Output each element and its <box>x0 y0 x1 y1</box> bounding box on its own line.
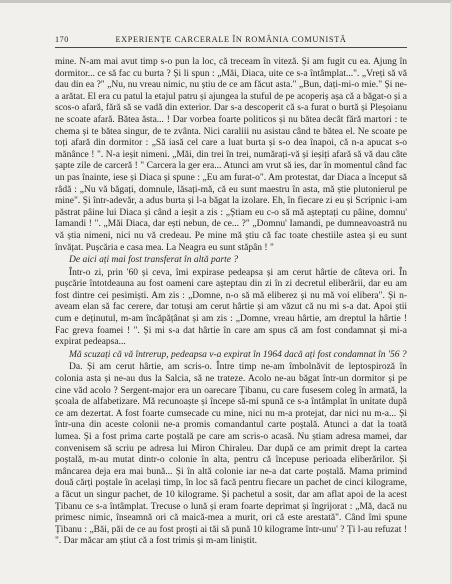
interviewer-question: De aici ați mai fost transferat în altă … <box>55 255 407 267</box>
body-paragraph: Da. Și am cerut hârtie, am scris-o. Într… <box>55 362 407 548</box>
book-page: 170 EXPERIENȚE CARCERALE ÎN ROMÂNIA COMU… <box>0 0 452 584</box>
page-text-block: mine. N-am mai avut timp s-o pun la loc,… <box>55 57 407 548</box>
running-head: 170 EXPERIENȚE CARCERALE ÎN ROMÂNIA COMU… <box>55 35 407 48</box>
body-paragraph: mine. N-am mai avut timp s-o pun la loc,… <box>55 57 407 254</box>
page-number: 170 <box>55 35 69 44</box>
body-paragraph: Într-o zi, prin '60 și ceva, îmi expiras… <box>55 268 407 349</box>
running-title: EXPERIENȚE CARCERALE ÎN ROMÂNIA COMUNIST… <box>115 35 346 44</box>
interviewer-question: Mă scuzați că vă întrerup, pedeapsa v-a … <box>55 350 407 362</box>
